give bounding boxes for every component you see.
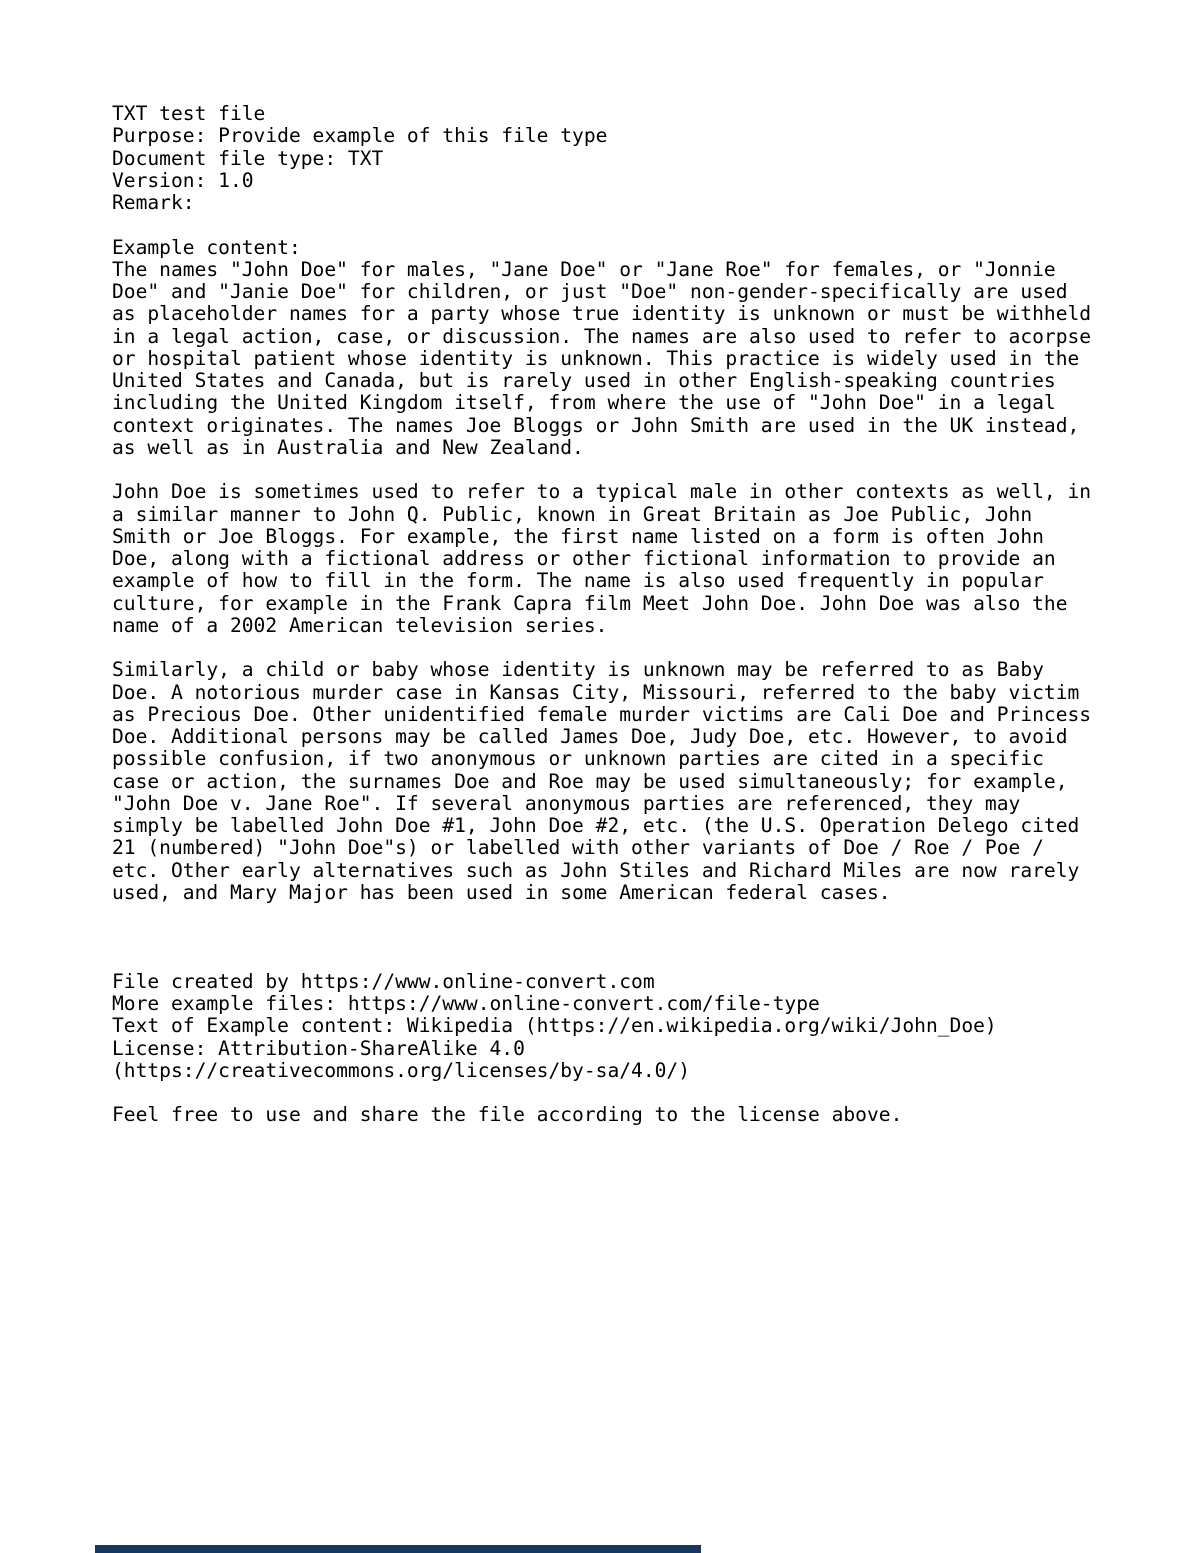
closing-line: Feel free to use and share the file acco… xyxy=(112,1104,1112,1126)
paragraph-3: Similarly, a child or baby whose identit… xyxy=(112,659,1112,904)
paragraph-1: The names "John Doe" for males, "Jane Do… xyxy=(112,259,1112,459)
file-attribution: File created by https://www.online-conve… xyxy=(112,971,1112,1082)
paragraph-2: John Doe is sometimes used to refer to a… xyxy=(112,481,1112,637)
bottom-bar-fragment xyxy=(95,1545,701,1553)
text-document: TXT test file Purpose: Provide example o… xyxy=(112,103,1112,1127)
document-header: TXT test file Purpose: Provide example o… xyxy=(112,103,1112,214)
example-content-label: Example content: xyxy=(112,237,1112,259)
